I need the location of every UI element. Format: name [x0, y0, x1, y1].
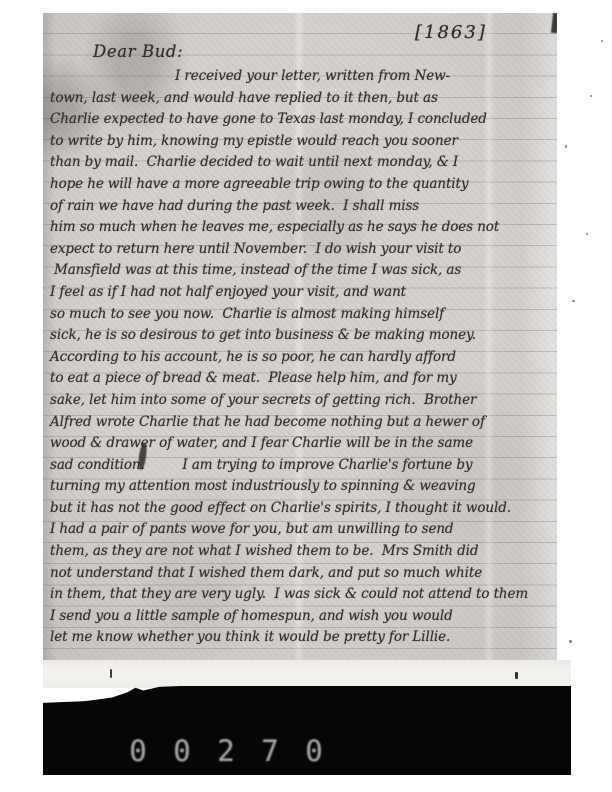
dust-speck: [601, 40, 603, 42]
counter-digit: 0: [305, 734, 323, 768]
letter-line: I had a pair of pants wove for you, but …: [45, 519, 555, 541]
letter-line: of rain we have had during the past week…: [45, 196, 555, 218]
microfilm-strip: 0 0 2 7 0: [43, 686, 571, 775]
letter-line: According to his account, he is so poor,…: [45, 347, 555, 369]
letter-line: not understand that I wished them dark, …: [45, 563, 555, 585]
letter-line: Charlie expected to have gone to Texas l…: [45, 109, 555, 131]
letter-line: them, as they are not what I wished them…: [45, 541, 555, 563]
letter-line: sad condition. I am trying to improve Ch…: [45, 455, 555, 477]
letter-paper: [1863] Dear Bud: I received your letter,…: [43, 13, 557, 662]
dust-speck: [110, 669, 112, 678]
letter-line: Alfred wrote Charlie that he had become …: [45, 412, 555, 434]
letter-line: but it has not the good effect on Charli…: [45, 498, 555, 520]
letter-line: him so much when he leaves me, especiall…: [45, 217, 555, 239]
letter-line: to write by him, knowing my epistle woul…: [45, 131, 555, 153]
dust-speck: [572, 300, 575, 302]
dust-speck: [590, 95, 592, 97]
letter-line: in them, that they are very ugly. I was …: [45, 584, 555, 606]
letter-line: sick, he is so desirous to get into busi…: [45, 325, 555, 347]
counter-digit: 0: [129, 734, 147, 768]
letter-line: let me know whether you think it would b…: [45, 627, 555, 649]
dust-speck: [569, 640, 572, 643]
letter-line: I received your letter, written from New…: [45, 66, 555, 88]
salutation: Dear Bud:: [93, 42, 183, 61]
letter-line: I feel as if I had not half enjoyed your…: [45, 282, 555, 304]
letter-line: sake, let him into some of your secrets …: [45, 390, 555, 412]
counter-digit: 0: [173, 734, 191, 768]
counter-digit: 7: [261, 734, 279, 768]
frame-counter: 0 0 2 7 0: [129, 734, 323, 768]
dust-speck: [565, 145, 567, 148]
dust-speck: [515, 672, 518, 679]
letter-line: Mansfield was at this time, instead of t…: [45, 260, 555, 282]
dust-speck: [586, 233, 588, 235]
letter-body: I received your letter, written from New…: [45, 66, 555, 649]
paper-bottom-edge: [43, 660, 571, 688]
letter-line: I send you a little sample of homespun, …: [45, 606, 555, 628]
paper-edge-mark: [551, 13, 557, 33]
letter-line: so much to see you now. Charlie is almos…: [45, 304, 555, 326]
letter-line: turning my attention most industriously …: [45, 476, 555, 498]
letter-line: expect to return here until November. I …: [45, 239, 555, 261]
year-annotation: [1863]: [415, 22, 487, 43]
letter-line: town, last week, and would have replied …: [45, 88, 555, 110]
counter-digit: 2: [217, 734, 235, 768]
scanned-letter-frame: [1863] Dear Bud: I received your letter,…: [0, 0, 612, 792]
letter-line: to eat a piece of bread & meat. Please h…: [45, 368, 555, 390]
letter-line: wood & drawer of water, and I fear Charl…: [45, 433, 555, 455]
letter-line: than by mail. Charlie decided to wait un…: [45, 152, 555, 174]
letter-line: hope he will have a more agreeable trip …: [45, 174, 555, 196]
